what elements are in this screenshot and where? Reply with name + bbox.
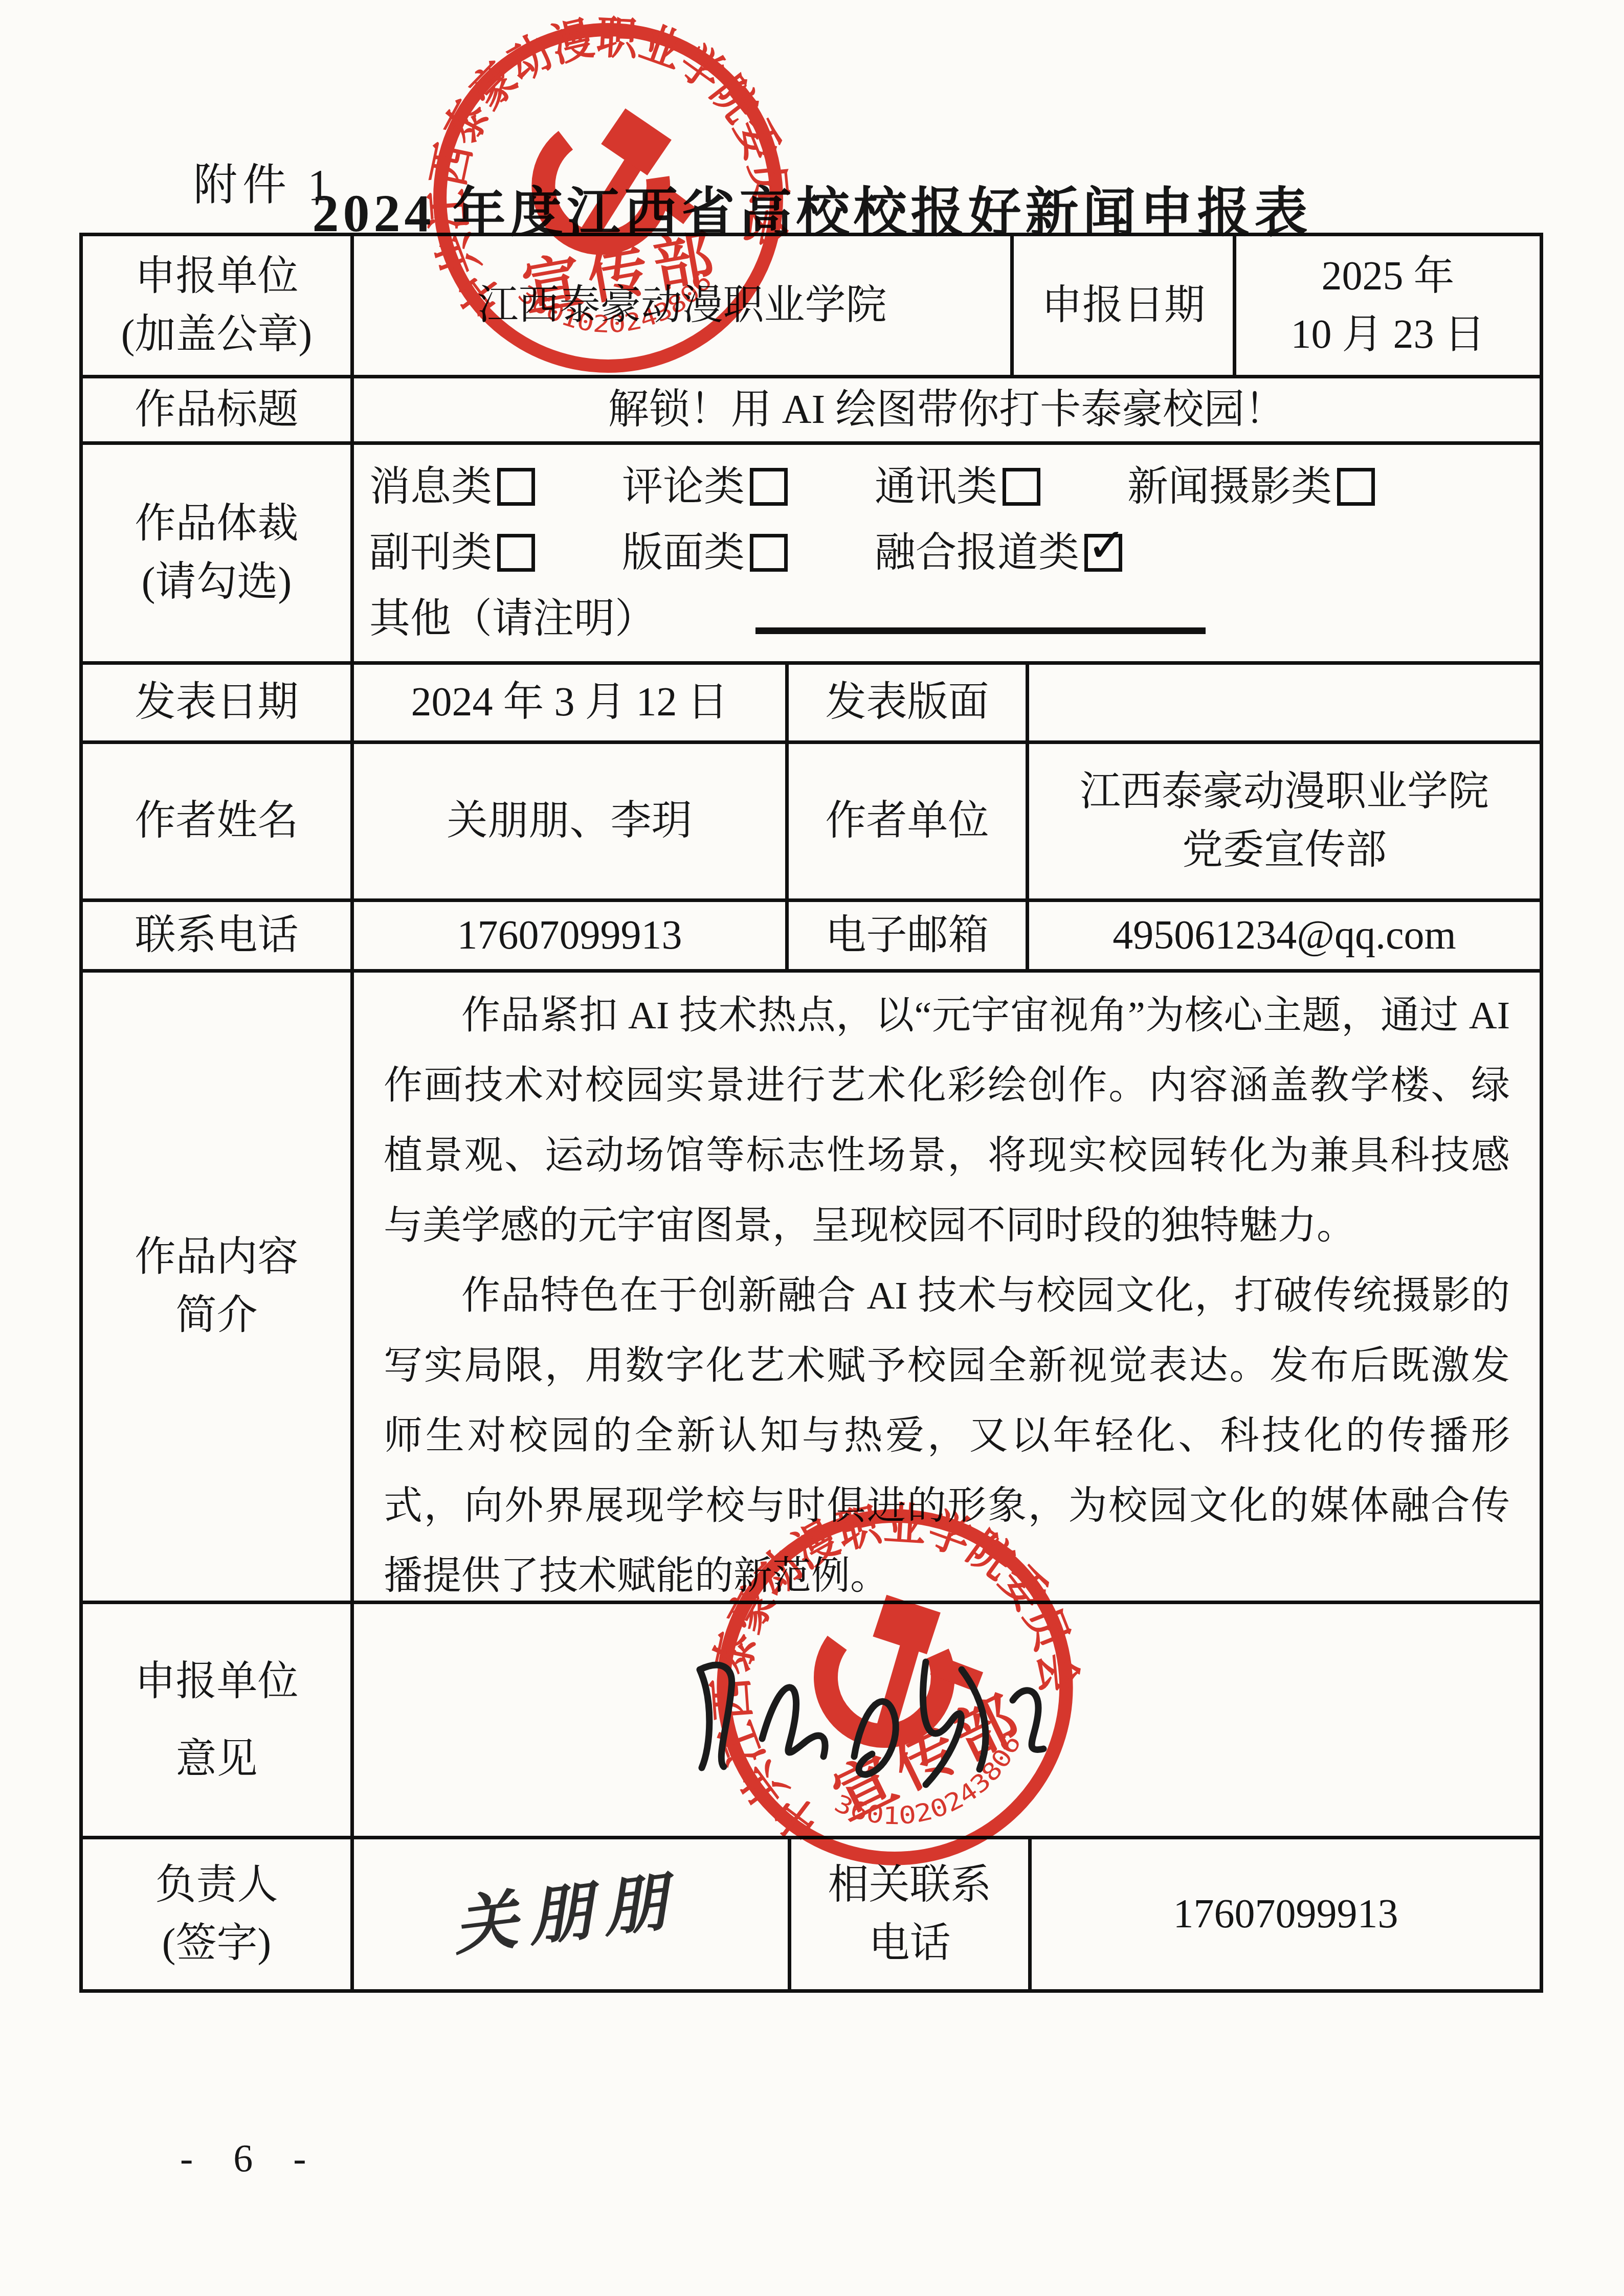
genre-option-supplement: 副刊类 (369, 524, 535, 582)
field-label-email: 电子邮箱 (789, 902, 1029, 973)
checkbox-unchecked (750, 468, 788, 506)
table-row-publish: 发表日期 2024 年 3 月 12 日 发表版面 (83, 665, 1543, 744)
genre-option-layout: 版面类 (622, 524, 788, 582)
field-value-responsible-signature: 关朋朋 (354, 1839, 791, 1993)
field-value-genre: 消息类 评论类 通讯类 新闻摄影类 副刊类 版面类 融合报道类✓ 其他（请注明） (354, 445, 1543, 665)
checkbox-checked: ✓ (1084, 534, 1122, 572)
checkbox-unchecked (750, 534, 788, 572)
field-label-author-unit: 作者单位 (789, 744, 1029, 902)
table-row-author: 作者姓名 关朋朋、李玥 作者单位 江西泰豪动漫职业学院 党委宣传部 (83, 744, 1543, 902)
field-value-email: 495061234@qq.com (1029, 902, 1543, 973)
check-icon: ✓ (1087, 522, 1126, 569)
genre-option-commentary: 评论类 (622, 458, 788, 516)
field-value-related-phone: 17607099913 (1032, 1839, 1543, 1993)
field-value-phone: 17607099913 (354, 902, 789, 973)
field-label-summary: 作品内容 简介 (83, 973, 354, 1604)
field-label-responsible: 负责人 (签字) (83, 1839, 354, 1993)
genre-line-1: 消息类 评论类 通讯类 新闻摄影类 (369, 458, 1540, 516)
field-value-publish-date: 2024 年 3 月 12 日 (354, 665, 789, 744)
field-value-author-unit: 江西泰豪动漫职业学院 党委宣传部 (1029, 744, 1543, 902)
checkbox-unchecked (497, 468, 535, 506)
genre-line-2: 副刊类 版面类 融合报道类✓ (369, 524, 1540, 582)
checkbox-unchecked (497, 534, 535, 572)
field-label-genre: 作品体裁 (请勾选) (83, 445, 354, 665)
responsible-signature: 关朋朋 (452, 1854, 691, 1974)
genre-line-other: 其他（请注明） (369, 590, 1540, 648)
table-row-work-title: 作品标题 解锁！用 AI 绘图带你打卡泰豪校园！ (83, 378, 1543, 445)
field-label-publish-date: 发表日期 (83, 665, 354, 744)
scanned-form-page: 附件 1 2024 年度江西省高校校报好新闻申报表 申报单位 (加盖公章) 江西… (0, 0, 1624, 2296)
table-row-summary: 作品内容 简介 作品紧扣 AI 技术热点，以“元宇宙视角”为核心主题，通过 AI… (83, 973, 1543, 1604)
checkbox-unchecked (1337, 468, 1375, 506)
field-label-phone: 联系电话 (83, 902, 354, 973)
table-row-genre: 作品体裁 (请勾选) 消息类 评论类 通讯类 新闻摄影类 副刊类 版面类 融合报… (83, 445, 1543, 665)
genre-option-photography: 新闻摄影类 (1127, 458, 1375, 516)
field-value-apply-date: 2025 年 10 月 23 日 (1236, 236, 1543, 378)
field-label-apply-date: 申报日期 (1014, 236, 1236, 378)
field-value-publish-page (1029, 665, 1543, 744)
genre-option-news: 消息类 (369, 458, 535, 516)
genre-option-communication: 通讯类 (875, 458, 1040, 516)
approval-signature-scribble (685, 1639, 1084, 1792)
official-seal-top: 中共江西泰豪动漫职业学院委员会 宣传部 3601020243806 (394, 0, 822, 412)
field-label-publish-page: 发表版面 (789, 665, 1029, 744)
field-label-opinion: 申报单位 意见 (83, 1604, 354, 1839)
field-label-author: 作者姓名 (83, 744, 354, 902)
genre-option-converged-checked: 融合报道类✓ (875, 524, 1122, 582)
table-row-contact: 联系电话 17607099913 电子邮箱 495061234@qq.com (83, 902, 1543, 973)
field-value-author: 关朋朋、李玥 (354, 744, 789, 902)
checkbox-unchecked (1003, 468, 1040, 506)
summary-paragraph-1: 作品紧扣 AI 技术热点，以“元宇宙视角”为核心主题，通过 AI 作画技术对校园… (384, 981, 1510, 1261)
page-number: - 6 - (180, 2136, 322, 2181)
field-label-unit: 申报单位 (加盖公章) (83, 236, 354, 378)
blank-underline (755, 622, 1206, 634)
field-label-work-title: 作品标题 (83, 378, 354, 445)
